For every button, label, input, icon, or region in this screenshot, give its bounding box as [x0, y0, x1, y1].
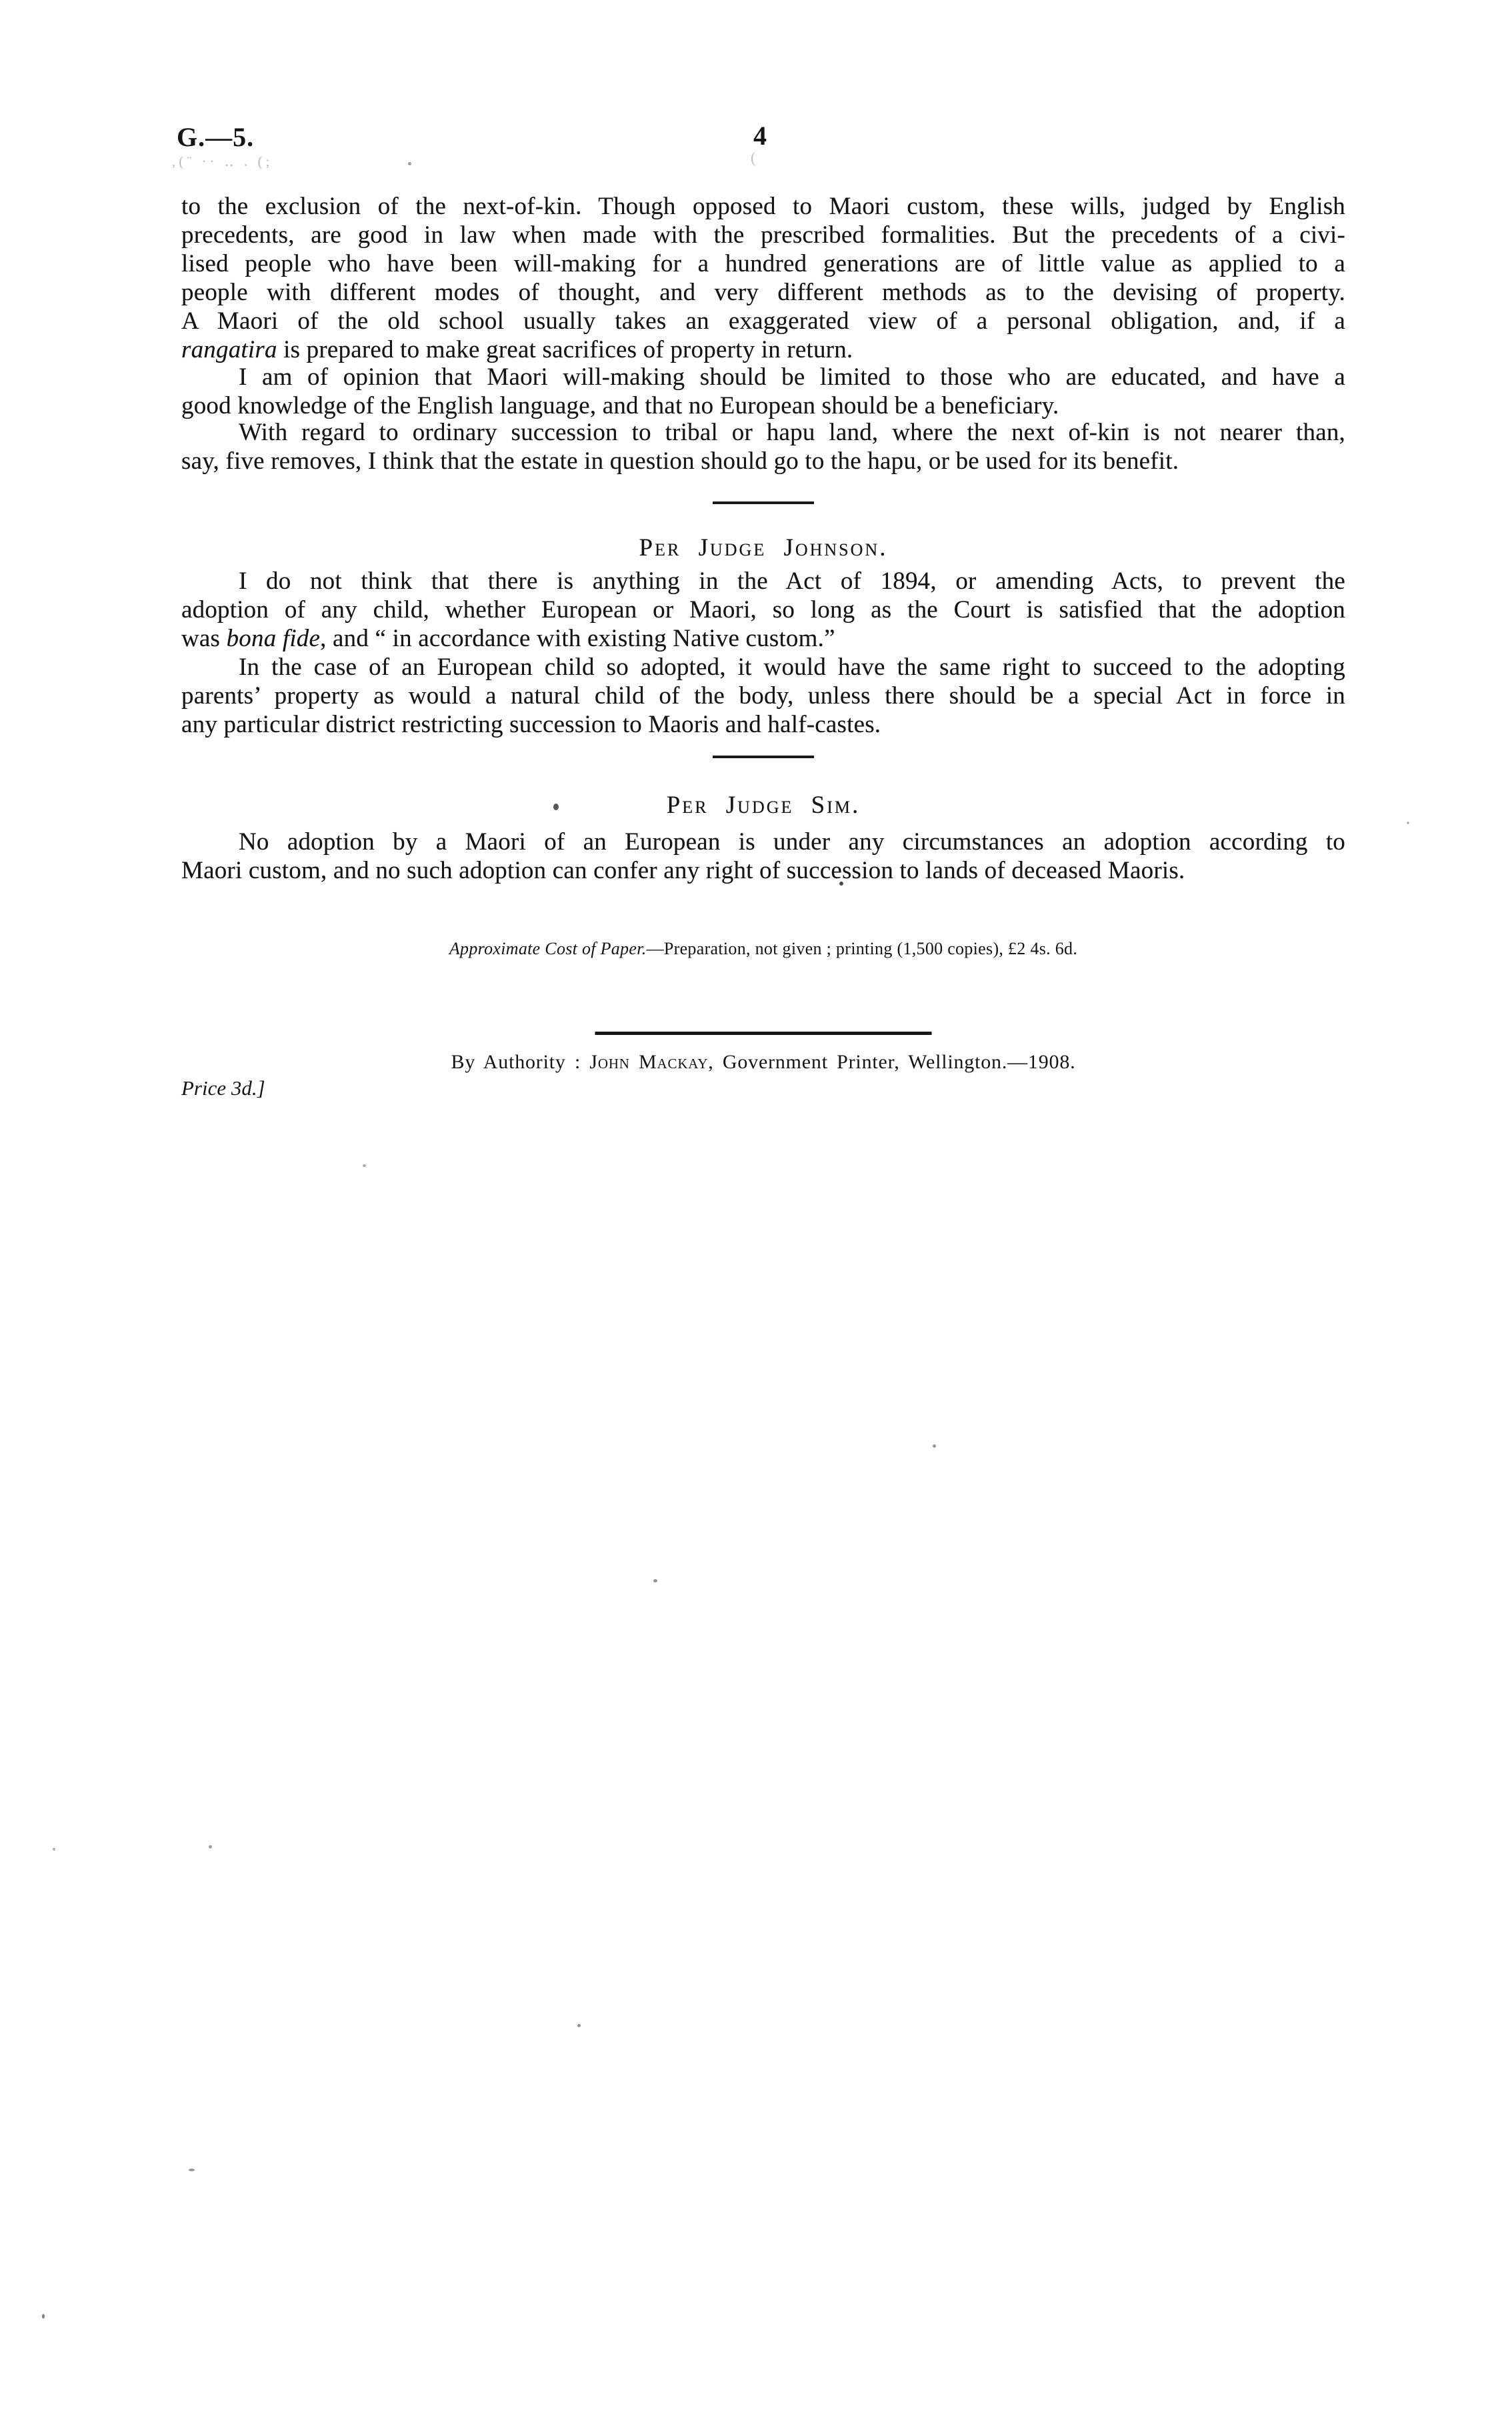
- text-line: In the case of an European child so adop…: [181, 653, 1345, 682]
- text-segment: adoption of any child, whether European …: [181, 596, 1345, 624]
- text-line: parents’ property as would a natural chi…: [181, 682, 1345, 710]
- paragraph-johnson-1: I do not think that there is anything in…: [181, 567, 1345, 653]
- text-segment: With regard to ordinary succession to tr…: [239, 419, 1345, 446]
- text-line: people with different modes of thought, …: [181, 278, 1345, 307]
- paragraph-opinion: I am of opinion that Maori will-making s…: [181, 363, 1345, 420]
- text-segment: A Maori of the old school usually takes …: [181, 307, 1345, 335]
- text-line: No adoption by a Maori of an European is…: [181, 828, 1345, 856]
- section-divider-rule: [713, 756, 814, 758]
- text-segment: In the case of an European child so adop…: [239, 654, 1345, 681]
- judge-sim-heading: Per Judge Sim.: [181, 791, 1345, 820]
- scan-speck: [53, 1848, 55, 1851]
- text-segment: bona fide: [227, 625, 321, 652]
- text-segment: , Government Printer, Wellington.—1908.: [708, 1051, 1075, 1073]
- text-line: to the exclusion of the next-of-kin. Tho…: [181, 192, 1345, 221]
- paragraph-continuation: to the exclusion of the next-of-kin. Tho…: [181, 192, 1345, 364]
- text-segment: Approximate Cost of Paper.: [449, 939, 647, 958]
- scan-speck: [653, 1579, 657, 1582]
- scan-speck: [209, 1845, 212, 1849]
- text-segment: I am of opinion that Maori will-making s…: [239, 363, 1345, 391]
- text-segment: No adoption by a Maori of an European is…: [239, 828, 1345, 856]
- scan-speck: [577, 2024, 581, 2027]
- text-segment: was: [181, 625, 227, 652]
- text-line: any particular district restricting succ…: [181, 710, 1345, 739]
- scan-speck: [1407, 822, 1409, 824]
- text-line: precedents, are good in law when made wi…: [181, 221, 1345, 249]
- text-segment: people with different modes of thought, …: [181, 279, 1345, 306]
- text-line: A Maori of the old school usually takes …: [181, 307, 1345, 335]
- text-line: was bona fide, and “ in accordance with …: [181, 624, 1345, 653]
- text-segment: , and “ in accordance with existing Nati…: [320, 625, 835, 652]
- text-segment: any particular district restricting succ…: [181, 711, 881, 738]
- scan-speck: [553, 804, 559, 810]
- text-segment: lised people who have been will-making f…: [181, 250, 1345, 277]
- paragraph-johnson-2: In the case of an European child so adop…: [181, 653, 1345, 739]
- text-line: lised people who have been will-making f…: [181, 249, 1345, 278]
- text-line: adoption of any child, whether European …: [181, 595, 1345, 624]
- section-divider-rule: [713, 501, 814, 504]
- text-segment: John Mackay: [589, 1051, 708, 1073]
- text-segment: —Preparation, not given ; printing (1,50…: [647, 939, 1078, 958]
- judge-johnson-heading: Per Judge Johnson.: [181, 533, 1345, 562]
- text-segment: I do not think that there is anything in…: [239, 567, 1345, 595]
- scanned-document-page: G.—5. ,(¨ ·· ‥ . (; 4 ( to the exclusion…: [0, 0, 1512, 2418]
- text-segment: parents’ property as would a natural chi…: [181, 682, 1345, 710]
- text-line: say, five removes, I think that the esta…: [181, 447, 1345, 475]
- scan-speck: [408, 162, 411, 165]
- scan-speck: [839, 882, 843, 886]
- text-segment: good knowledge of the English language, …: [181, 392, 1059, 419]
- scan-speck: [42, 2314, 45, 2319]
- scan-speck: [933, 1444, 936, 1448]
- text-line: I am of opinion that Maori will-making s…: [181, 363, 1345, 391]
- text-line: With regard to ordinary succession to tr…: [181, 418, 1345, 447]
- text-line: Maori custom, and no such adoption can c…: [181, 856, 1345, 885]
- imprint-line: By Authority : John Mackay, Government P…: [181, 1050, 1345, 1074]
- scan-speck: [363, 1164, 366, 1167]
- text-segment: rangatira: [181, 336, 277, 363]
- cost-note: Approximate Cost of Paper.—Preparation, …: [181, 939, 1345, 959]
- imprint-rule: [595, 1032, 932, 1035]
- text-line: rangatira is prepared to make great sacr…: [181, 335, 1345, 364]
- text-segment: Maori custom, and no such adoption can c…: [181, 857, 1185, 884]
- text-segment: to the exclusion of the next-of-kin. Tho…: [181, 193, 1345, 220]
- text-segment: say, five removes, I think that the esta…: [181, 447, 1179, 475]
- text-segment: is prepared to make great sacrifices of …: [277, 336, 853, 363]
- paragraph-sim: No adoption by a Maori of an European is…: [181, 828, 1345, 885]
- scan-speck: [189, 2169, 195, 2171]
- scan-speck: [1125, 427, 1129, 430]
- text-line: I do not think that there is anything in…: [181, 567, 1345, 595]
- text-segment: precedents, are good in law when made wi…: [181, 221, 1345, 249]
- text-line: good knowledge of the English language, …: [181, 391, 1345, 420]
- paragraph-succession: With regard to ordinary succession to tr…: [181, 418, 1345, 475]
- text-segment: By Authority :: [451, 1051, 590, 1073]
- text-column: to the exclusion of the next-of-kin. Tho…: [181, 0, 1345, 2418]
- price-note: Price 3d.]: [181, 1076, 1345, 1100]
